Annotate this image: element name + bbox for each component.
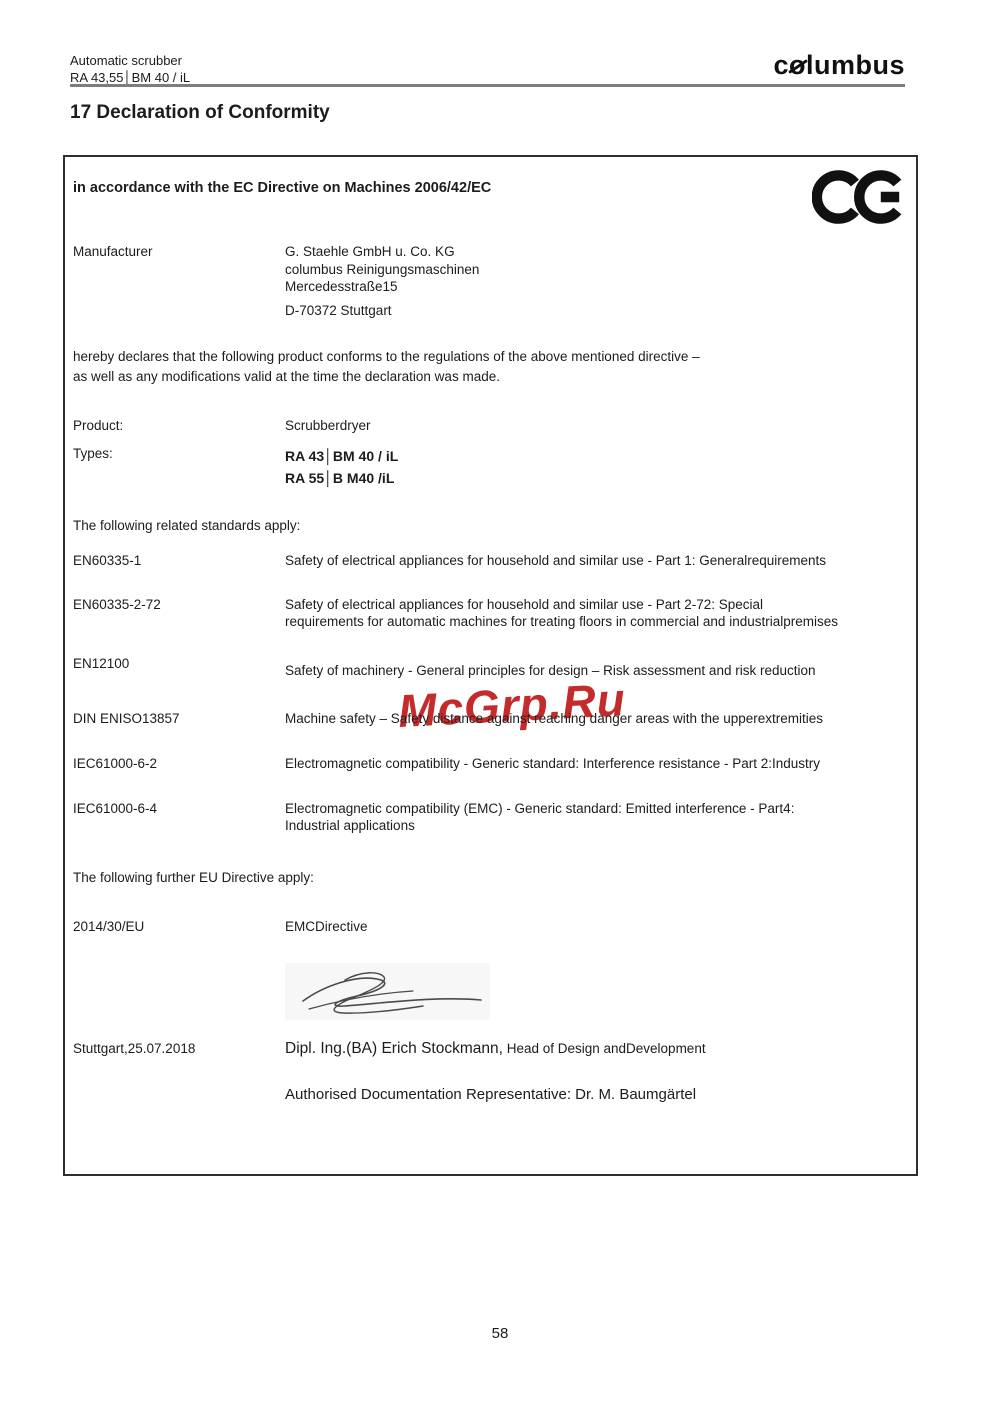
authorised-representative: Authorised Documentation Representative:… — [285, 1086, 904, 1103]
header-product-line1: Automatic scrubber — [70, 52, 190, 69]
box-title: in accordance with the EC Directive on M… — [73, 180, 773, 196]
product-value: Scrubberdryer — [285, 417, 904, 434]
signature-image — [285, 963, 490, 1020]
signatory: Dipl. Ing.(BA) Erich Stockmann, Head of … — [285, 1040, 904, 1057]
manufacturer-row: Manufacturer G. Staehle GmbH u. Co. KG c… — [73, 243, 904, 319]
columbus-logo-text: columbus — [773, 50, 905, 80]
manufacturer-line: D-70372 Stuttgart — [285, 302, 904, 320]
declaration-box: in accordance with the EC Directive on M… — [63, 155, 918, 1176]
standard-row: EN60335-1 Safety of electrical appliance… — [73, 552, 904, 569]
type-value: RA 55│B M40 /iL — [285, 467, 904, 489]
types-label: Types: — [73, 445, 285, 489]
eu-directive-code: 2014/30/EU — [73, 918, 285, 935]
page-title: 17 Declaration of Conformity — [70, 102, 330, 124]
standard-row: EN12100 Safety of machinery - General pr… — [73, 655, 904, 679]
eu-directive-intro: The following further EU Directive apply… — [73, 868, 904, 888]
standard-code: EN60335-2-72 — [73, 596, 285, 630]
signatory-name: Dipl. Ing.(BA) Erich Stockmann, — [285, 1040, 503, 1057]
standard-code: EN12100 — [73, 655, 285, 679]
standard-description: Safety of electrical appliances for hous… — [285, 596, 904, 630]
standard-code: IEC61000-6-4 — [73, 800, 285, 834]
columbus-logo: columbus — [773, 52, 905, 79]
standard-description: Safety of electrical appliances for hous… — [285, 552, 904, 569]
standard-row: EN60335-2-72 Safety of electrical applia… — [73, 596, 904, 630]
types-values: RA 43│BM 40 / iL RA 55│B M40 /iL — [285, 445, 904, 489]
authorised-rep-row: Authorised Documentation Representative:… — [73, 1086, 904, 1103]
standard-code: IEC61000-6-2 — [73, 755, 285, 772]
signatory-row: Stuttgart,25.07.2018 Dipl. Ing.(BA) Eric… — [73, 1040, 904, 1057]
standard-row: IEC61000-6-2 Electromagnetic compatibili… — [73, 755, 904, 772]
page-header: Automatic scrubber RA 43,55│BM 40 / iL c… — [70, 52, 905, 86]
manufacturer-address: G. Staehle GmbH u. Co. KG columbus Reini… — [285, 243, 904, 319]
declaration-statement: hereby declares that the following produ… — [73, 347, 904, 387]
manufacturer-line: columbus Reinigungsmaschinen — [285, 261, 904, 279]
header-divider — [70, 84, 905, 87]
standard-code: DIN ENISO13857 — [73, 710, 285, 727]
standard-description: Electromagnetic compatibility (EMC) - Ge… — [285, 800, 904, 834]
standard-row: IEC61000-6-4 Electromagnetic compatibili… — [73, 800, 904, 834]
product-label: Product: — [73, 417, 285, 434]
standards-intro: The following related standards apply: — [73, 516, 904, 536]
signatory-role: Head of Design andDevelopment — [503, 1041, 706, 1056]
signature-scrawl-icon — [285, 963, 490, 1020]
manufacturer-label: Manufacturer — [73, 243, 285, 319]
types-row: Types: RA 43│BM 40 / iL RA 55│B M40 /iL — [73, 445, 904, 489]
header-product-info: Automatic scrubber RA 43,55│BM 40 / iL — [70, 52, 190, 86]
ce-mark-icon — [812, 161, 908, 233]
eu-directive-description: EMCDirective — [285, 918, 904, 935]
eu-directive-row: 2014/30/EU EMCDirective — [73, 918, 904, 935]
document-page: Automatic scrubber RA 43,55│BM 40 / iL c… — [0, 0, 1000, 1414]
product-row: Product: Scrubberdryer — [73, 417, 904, 434]
standard-code: EN60335-1 — [73, 552, 285, 569]
page-number: 58 — [0, 1325, 1000, 1342]
authorised-rep-spacer — [73, 1086, 285, 1103]
manufacturer-line: Mercedesstraße15 — [285, 278, 904, 296]
date-place: Stuttgart,25.07.2018 — [73, 1040, 285, 1057]
manufacturer-line: G. Staehle GmbH u. Co. KG — [285, 243, 904, 261]
type-value: RA 43│BM 40 / iL — [285, 445, 904, 467]
standard-description: Electromagnetic compatibility - Generic … — [285, 755, 904, 772]
